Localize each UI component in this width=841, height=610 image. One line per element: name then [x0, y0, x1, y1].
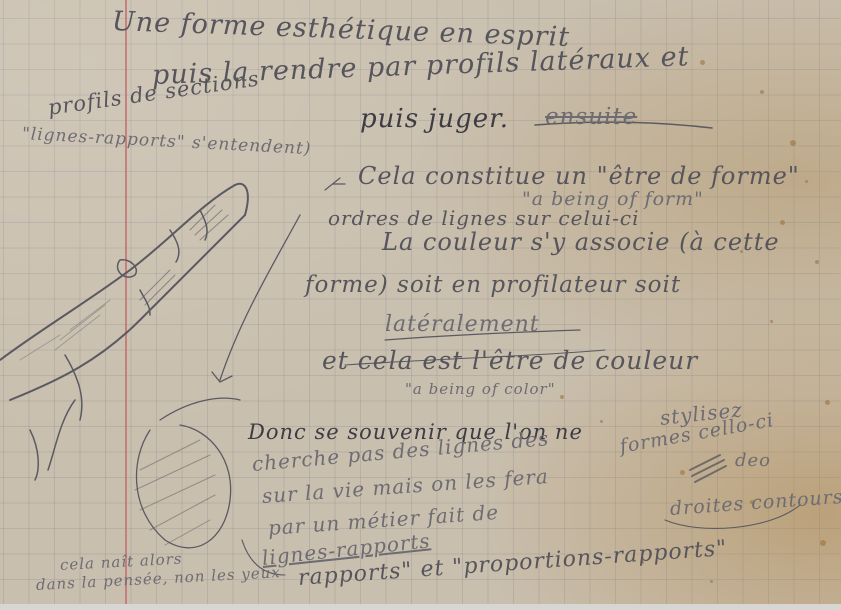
line-8: La couleur s'y associe (à cette: [382, 228, 780, 256]
line-10: latéralement: [385, 312, 540, 337]
line-15c: deo: [735, 450, 771, 471]
line-7: ordres de lignes sur celui-ci: [328, 206, 639, 230]
line-9: forme) soit en profilateur soit: [305, 272, 681, 298]
manuscript-page: Une forme esthétique en esprit puis la r…: [0, 0, 841, 604]
line-12: "a being of color": [405, 380, 556, 398]
scan-border: [0, 604, 841, 610]
line-5: Cela constitue un "être de forme": [358, 162, 800, 190]
line-3b: puis juger.: [360, 104, 509, 134]
line-11: et cela est l'être de couleur: [322, 346, 698, 375]
line-3c-struck: ensuite: [545, 104, 637, 130]
